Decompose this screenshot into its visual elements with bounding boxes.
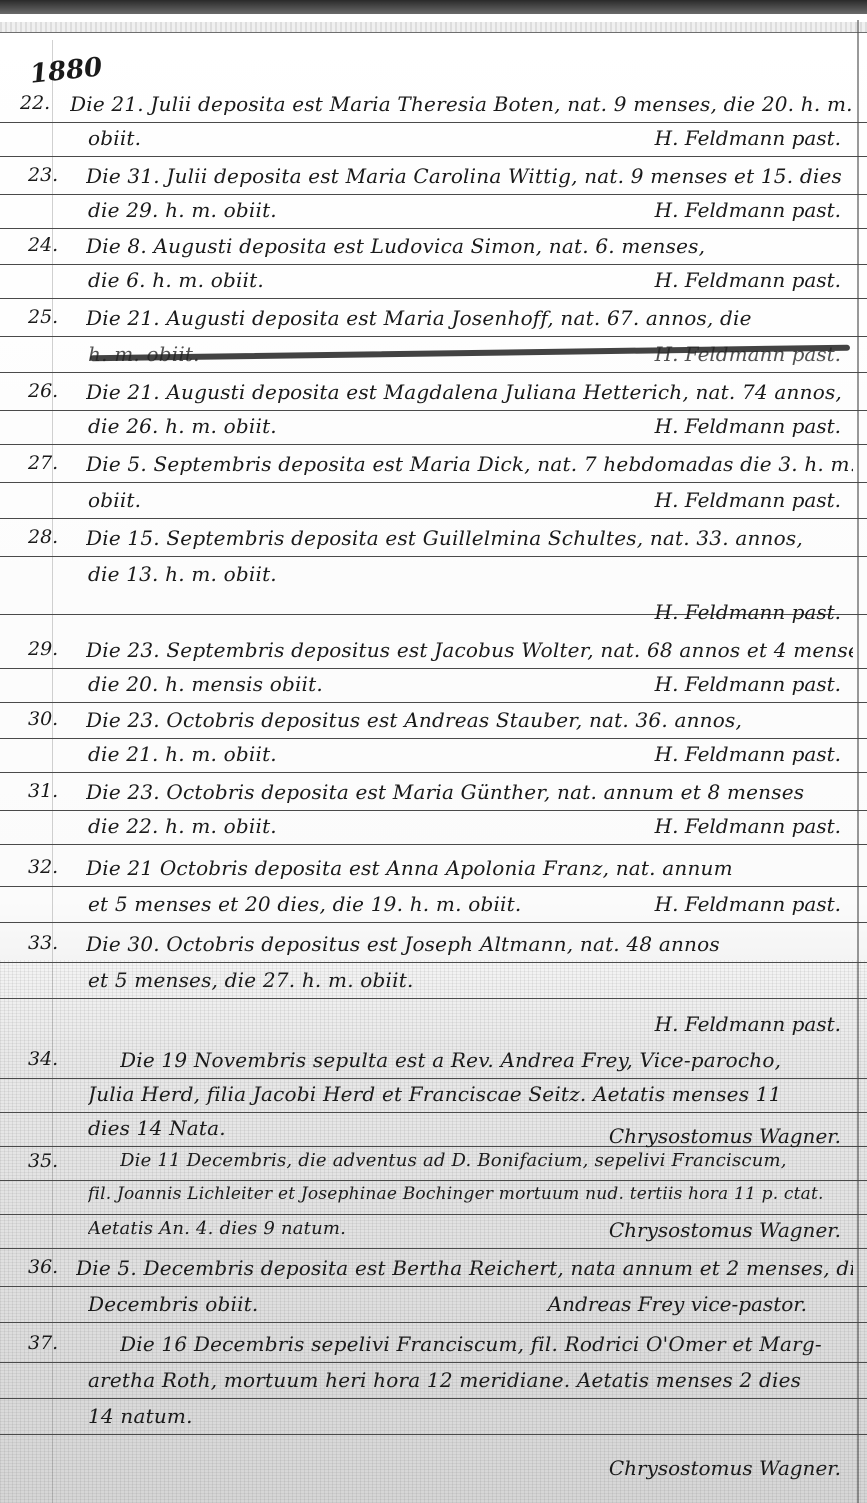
entry-text: Die 23. Septembris depositus est Jacobus…	[86, 638, 853, 662]
entry-text: Die 23. Octobris deposita est Maria Günt…	[86, 780, 853, 804]
entry-text: Die 19 Novembris sepulta est a Rev. Andr…	[120, 1048, 853, 1072]
signature: H. Feldmann past.	[655, 672, 841, 696]
entry-text: Die 11 Decembris, die adventus ad D. Bon…	[120, 1150, 853, 1171]
entry-text: Die 21. Augusti deposita est Maria Josen…	[86, 306, 853, 330]
entry-number: 25.	[28, 306, 58, 328]
signature: Andreas Frey vice-pastor.	[548, 1292, 807, 1316]
entry-number: 23.	[28, 164, 58, 186]
entry-text: 14 natum.	[88, 1404, 267, 1428]
entry-number: 32.	[28, 856, 58, 878]
header-rule	[0, 22, 867, 33]
signature: H. Feldmann past.	[655, 814, 841, 838]
signature: Chrysostomus Wagner.	[609, 1456, 841, 1480]
entry-number: 31.	[28, 780, 58, 802]
signature: H. Feldmann past.	[655, 268, 841, 292]
entry-number: 34.	[28, 1048, 58, 1070]
entry-text: Die 16 Decembris sepelivi Franciscum, fi…	[120, 1332, 853, 1356]
entry-text: Die 15. Septembris deposita est Guillelm…	[86, 526, 853, 550]
entry-text: Die 23. Octobris depositus est Andreas S…	[86, 708, 853, 732]
entry-text: Die 21 Octobris deposita est Anna Apolon…	[86, 856, 853, 880]
entry-number: 22.	[20, 92, 50, 114]
register-page: 1880 22. Die 21. Julii deposita est Mari…	[0, 0, 867, 1503]
signature: H. Feldmann past.	[655, 488, 841, 512]
signature: H. Feldmann past.	[655, 198, 841, 222]
signature: Chrysostomus Wagner.	[609, 1218, 841, 1242]
entry-text: Die 31. Julii deposita est Maria Carolin…	[86, 164, 853, 188]
entry-number: 29.	[28, 638, 58, 660]
entry-number: 28.	[28, 526, 58, 548]
entry-text: Die 5. Septembris deposita est Maria Dic…	[86, 452, 853, 476]
entry-text: Die 21. Julii deposita est Maria Theresi…	[70, 92, 853, 116]
entry-text: Die 30. Octobris depositus est Joseph Al…	[86, 932, 853, 956]
signature: H. Feldmann past.	[655, 600, 841, 624]
signature: H. Feldmann past.	[655, 126, 841, 150]
entry-text: Julia Herd, filia Jacobi Herd et Francis…	[88, 1082, 853, 1106]
entry-text: die 13. h. m. obiit.	[88, 562, 853, 586]
entry-text: et 5 menses, die 27. h. m. obiit.	[88, 968, 853, 992]
entry-number: 35.	[28, 1150, 58, 1172]
entry-number: 37.	[28, 1332, 58, 1354]
signature: H. Feldmann past.	[655, 414, 841, 438]
entry-text: dies 14 Nata.	[88, 1116, 467, 1140]
signature: H. Feldmann past.	[655, 1012, 841, 1036]
entry-number: 26.	[28, 380, 58, 402]
register-year: 1880	[29, 52, 104, 89]
entry-number: 30.	[28, 708, 58, 730]
signature: H. Feldmann past.	[655, 742, 841, 766]
entry-text: Die 5. Decembris deposita est Bertha Rei…	[76, 1256, 853, 1280]
entry-number: 36.	[28, 1256, 58, 1278]
entry-number: 33.	[28, 932, 58, 954]
entry-number: 24.	[28, 234, 58, 256]
entry-text: aretha Roth, mortuum heri hora 12 meridi…	[88, 1368, 853, 1392]
entry-text: Die 21. Augusti deposita est Magdalena J…	[86, 380, 853, 404]
signature: Chrysostomus Wagner.	[609, 1124, 841, 1148]
entry-text: fil. Joannis Lichleiter et Josephinae Bo…	[88, 1184, 853, 1204]
entry-text: Die 8. Augusti deposita est Ludovica Sim…	[86, 234, 853, 258]
scan-top-edge	[0, 0, 867, 14]
entry-number: 27.	[28, 452, 58, 474]
signature: H. Feldmann past.	[655, 892, 841, 916]
entry-text: Aetatis An. 4. dies 9 natum.	[88, 1218, 467, 1239]
